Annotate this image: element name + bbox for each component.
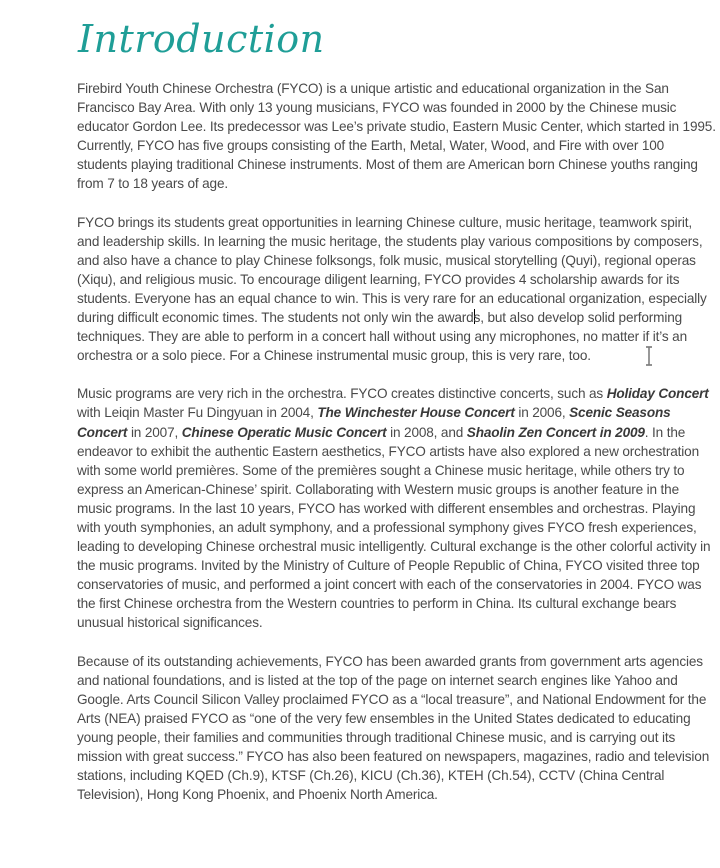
concert-title: Holiday Concert [607, 386, 709, 401]
text-segment: FYCO brings its students great opportuni… [77, 215, 707, 325]
text-cursor-ibeam-icon [644, 346, 654, 366]
text-segment: Music programs are very rich in the orch… [77, 386, 607, 401]
text-segment: in 2007, [127, 425, 181, 440]
concert-title: Chinese Operatic Music Concert [182, 425, 387, 440]
text-segment: in 2008, and [387, 425, 467, 440]
text-segment: in 2006, [515, 405, 569, 420]
text-segment: with Leiqin Master Fu Dingyuan in 2004, [77, 405, 317, 420]
document-body[interactable]: Firebird Youth Chinese Orchestra (FYCO) … [77, 79, 717, 823]
paragraph-achievements[interactable]: Because of its outstanding achievements,… [77, 652, 717, 805]
page-title: Introduction [78, 14, 325, 64]
concert-title: Shaolin Zen Concert in 2009 [467, 425, 645, 440]
text-segment: . In the endeavor to exhibit the authent… [77, 425, 710, 631]
paragraph-opportunities[interactable]: FYCO brings its students great opportuni… [77, 213, 717, 366]
paragraph-music-programs[interactable]: Music programs are very rich in the orch… [77, 384, 717, 632]
concert-title: The Winchester House Concert [317, 405, 514, 420]
paragraph-intro[interactable]: Firebird Youth Chinese Orchestra (FYCO) … [77, 79, 717, 194]
